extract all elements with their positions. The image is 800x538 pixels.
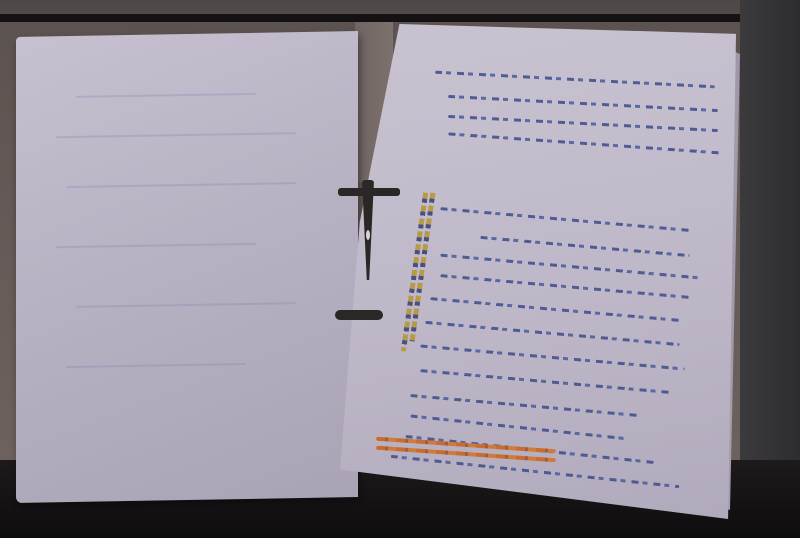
metal-glint — [366, 230, 370, 240]
wall — [740, 0, 800, 538]
left-page — [16, 31, 358, 503]
right-page — [340, 24, 736, 519]
faint-writing — [76, 93, 256, 98]
faint-writing — [76, 302, 296, 308]
faint-writing — [66, 363, 246, 368]
faint-writing — [56, 132, 296, 138]
faint-writing — [66, 182, 296, 188]
binder-ring-bottom — [335, 310, 383, 320]
faint-writing — [56, 243, 256, 248]
